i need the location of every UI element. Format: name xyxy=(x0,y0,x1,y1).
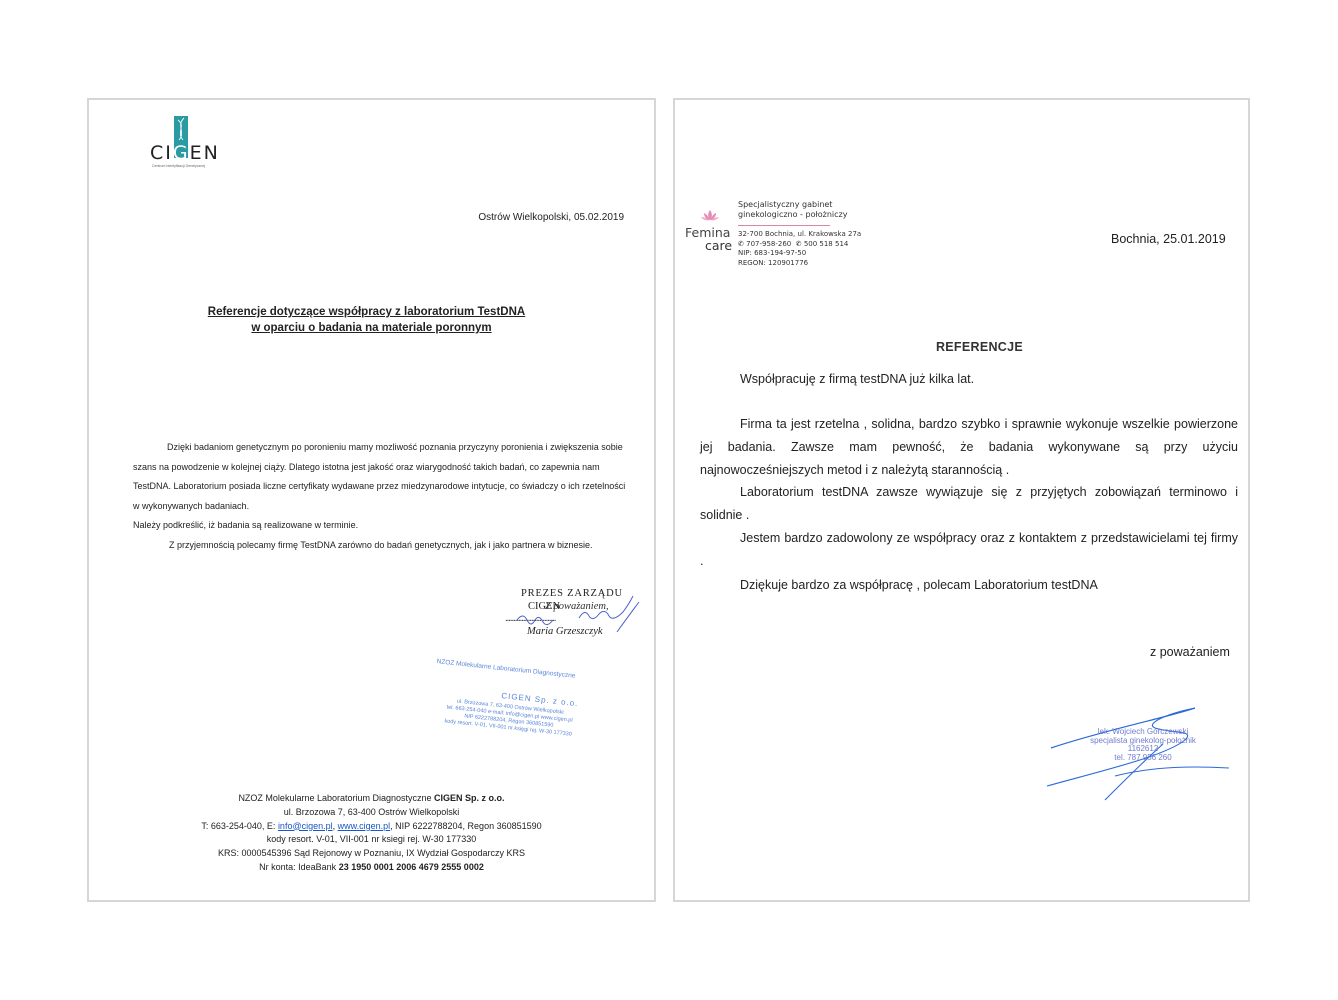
phone-number: 707-958-260 xyxy=(746,240,791,248)
clinic-phones: ✆ 707-958-260 ✆ 500 518 514 xyxy=(738,240,861,250)
doctor-stamp-signature: lek. Wojciech Górczewski specjalista gin… xyxy=(1045,700,1235,810)
paragraph-text: Współpracuję z firmą testDNA już kilka l… xyxy=(700,368,1238,391)
letter-title-line-2: w oparciu o badania na materiale poronny… xyxy=(89,320,654,336)
femina-care-logo: Femina care xyxy=(683,208,733,256)
phone-icon: ✆ xyxy=(796,240,802,248)
stamp-line: tel. 787 956 260 xyxy=(1073,754,1213,763)
handwritten-signature xyxy=(497,588,647,648)
paragraph-text: Jestem bardzo zadowolony ze współpracy o… xyxy=(700,527,1238,573)
email-link[interactable]: info@cigen.pl xyxy=(278,821,333,831)
paragraph-text: Dziękuje bardzo za współpracę , polecam … xyxy=(700,574,1238,597)
body-paragraph: Z przyjemnością polecamy firmę TestDNA z… xyxy=(133,536,631,556)
letter-body: Dzięki badaniom genetycznym po poronieni… xyxy=(133,438,631,555)
footer-text: T: 663-254-040, E: xyxy=(201,821,278,831)
clinic-heading-2: ginekologiczno - położniczy xyxy=(738,210,861,220)
paragraph-text: Firma ta jest rzetelna , solidna, bardzo… xyxy=(700,413,1238,482)
body-paragraph: Współpracuję z firmą testDNA już kilka l… xyxy=(700,368,1238,391)
doctor-stamp: lek. Wojciech Górczewski specjalista gin… xyxy=(1073,728,1213,762)
phone-icon: ✆ xyxy=(738,240,744,248)
cigen-logo: CIGEN Centrum Identyfikacji Genetycznej xyxy=(146,114,226,172)
bank-account-number: 23 1950 0001 2006 4679 2555 0002 xyxy=(339,862,484,872)
footer-line-krs: KRS: 0000545396 Sąd Rejonowy w Poznaniu,… xyxy=(89,847,654,861)
body-paragraph: Dzięki badaniom genetycznym po poronieni… xyxy=(133,438,631,516)
reference-letter-cigen: CIGEN Centrum Identyfikacji Genetycznej … xyxy=(87,98,656,902)
website-link[interactable]: www.cigen.pl xyxy=(338,821,391,831)
clinic-nip: NIP: 683-194-97-50 xyxy=(738,249,861,259)
stamp-line: NZOZ Molekularne Laboratorium Diagnostyc… xyxy=(436,658,575,680)
letter-closing: z poważaniem xyxy=(1150,645,1230,659)
cigen-tagline: Centrum Identyfikacji Genetycznej xyxy=(152,164,205,168)
cigen-wordmark: CIGEN xyxy=(150,142,220,164)
footer-line-address: ul. Brzozowa 7, 63-400 Ostrów Wielkopols… xyxy=(89,806,654,820)
logo-name-line-2: care xyxy=(705,238,732,253)
phone-number: 500 518 514 xyxy=(804,240,849,248)
footer-text: , NIP 6222788204, Regon 360851590 xyxy=(390,821,541,831)
clinic-regon: REGON: 120901776 xyxy=(738,259,861,269)
letter-date: Ostrów Wielkopolski, 05.02.2019 xyxy=(478,212,624,223)
header-divider xyxy=(738,225,830,226)
company-stamp: NZOZ Molekularne Laboratorium Diagnostyc… xyxy=(427,658,594,754)
footer-company-name: CIGEN Sp. z o.o. xyxy=(434,793,505,803)
letter-title: Referencje dotyczące współpracy z labora… xyxy=(89,304,654,336)
body-paragraph: Należy podkreślić, iż badania są realizo… xyxy=(133,516,631,536)
body-paragraph: Dziękuje bardzo za współpracę , polecam … xyxy=(700,574,1238,597)
reference-letter-femina-care: Femina care Specjalistyczny gabinet gine… xyxy=(673,98,1250,902)
footer-line-company: NZOZ Molekularne Laboratorium Diagnostyc… xyxy=(89,792,654,806)
body-paragraph: Laboratorium testDNA zawsze wywiązuje si… xyxy=(700,481,1238,527)
footer-line-contact: T: 663-254-040, E: info@cigen.pl, www.ci… xyxy=(89,820,654,834)
lotus-icon xyxy=(701,208,719,222)
letter-title-line-1: Referencje dotyczące współpracy z labora… xyxy=(79,304,654,320)
footer-text: NZOZ Molekularne Laboratorium Diagnostyc… xyxy=(238,793,434,803)
clinic-header-info: Specjalistyczny gabinet ginekologiczno -… xyxy=(738,200,861,268)
footer-line-account: Nr konta: IdeaBank 23 1950 0001 2006 467… xyxy=(89,861,654,875)
body-paragraph: Firma ta jest rzetelna , solidna, bardzo… xyxy=(700,413,1238,482)
paragraph-text: Laboratorium testDNA zawsze wywiązuje si… xyxy=(700,481,1238,527)
footer-text: Nr konta: IdeaBank xyxy=(259,862,339,872)
letter-title: REFERENCJE xyxy=(675,340,1248,354)
footer-line-codes: kody resort. V-01, VII-001 nr ksiegi rej… xyxy=(89,833,654,847)
letter-footer: NZOZ Molekularne Laboratorium Diagnostyc… xyxy=(89,792,654,875)
clinic-heading-1: Specjalistyczny gabinet xyxy=(738,200,861,210)
clinic-address: 32-700 Bochnia, ul. Krakowska 27a xyxy=(738,230,861,240)
body-paragraph: Jestem bardzo zadowolony ze współpracy o… xyxy=(700,527,1238,573)
letter-date: Bochnia, 25.01.2019 xyxy=(1111,232,1226,246)
